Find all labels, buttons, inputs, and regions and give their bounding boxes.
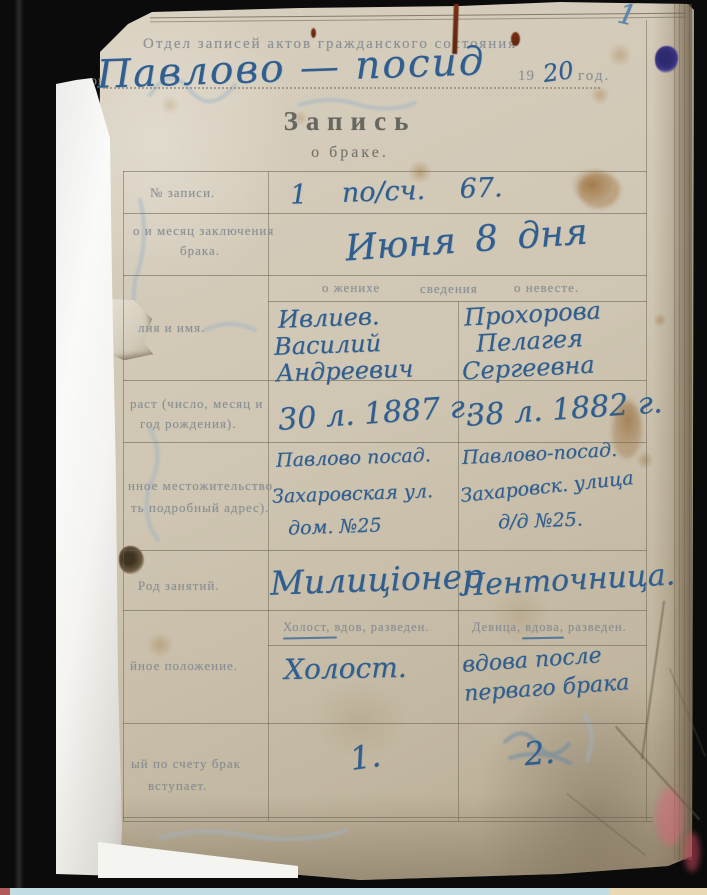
label-marriage-date: о и месяц заключения <box>133 223 274 239</box>
record-title: Запись <box>250 106 450 137</box>
table-grid-line <box>123 817 653 818</box>
label-marriage-date: брака. <box>180 243 220 259</box>
label-age: раст (число, месяц и <box>130 396 263 412</box>
year-handwritten: 20 <box>541 56 575 88</box>
groom-residence: дом. №25 <box>288 514 382 539</box>
stain <box>612 402 642 458</box>
table-grid-line <box>123 723 647 724</box>
groom-marital-status: Холост. <box>284 651 407 686</box>
groom-name: Андреевич <box>276 355 414 388</box>
subheader-bride: о невесте. <box>514 280 579 296</box>
groom-marriage-count: 1. <box>348 736 384 778</box>
ruled-dotted-line <box>103 86 600 89</box>
year-prefix: 19 <box>518 68 535 85</box>
status-options-bride: Девица, вдова, разведен. <box>472 620 627 635</box>
record-subtitle: о браке. <box>250 144 450 162</box>
status-options-groom: Холост, вдов, разведен. <box>283 620 429 635</box>
label-residence: нное местожительство <box>128 478 273 494</box>
groom-occupation: Милиціонер <box>269 556 483 602</box>
label-record-number: № записи. <box>150 185 215 201</box>
table-grid-line <box>123 821 653 822</box>
table-grid-line <box>123 610 647 611</box>
label-age: год рождения). <box>140 416 237 432</box>
table-grid-line <box>268 171 269 821</box>
label-residence: ть подробный адрес). <box>131 500 269 516</box>
scanned-registry-document: Отдел записей актов гражданского состоян… <box>0 0 707 895</box>
label-marriage-count: вступает. <box>148 778 207 794</box>
ink-streak <box>511 32 520 46</box>
page-edge-stack <box>672 4 692 860</box>
scan-bottom-strip <box>610 888 707 895</box>
scan-bottom-strip <box>0 888 10 895</box>
pink-smudge <box>684 832 700 872</box>
table-grid-line <box>123 550 647 551</box>
table-grid-line <box>123 171 647 172</box>
subheader-groom: о женихе <box>322 280 380 296</box>
bride-marriage-count: 2. <box>522 733 556 774</box>
stain <box>578 172 620 208</box>
label-marital-status: йное положение. <box>130 658 238 674</box>
ink-streak <box>311 28 316 38</box>
year-suffix: год. <box>578 68 610 85</box>
label-occupation: Род занятий. <box>138 578 220 594</box>
table-grid-line <box>123 171 124 821</box>
subheader-middle: сведения <box>420 281 478 297</box>
scan-bottom-strip <box>10 888 610 895</box>
label-marriage-count: ый по счету брак <box>131 756 241 772</box>
table-grid-line <box>123 275 647 276</box>
label-name: лия и имя. <box>138 320 205 336</box>
bride-residence: д/д №25. <box>498 509 583 534</box>
